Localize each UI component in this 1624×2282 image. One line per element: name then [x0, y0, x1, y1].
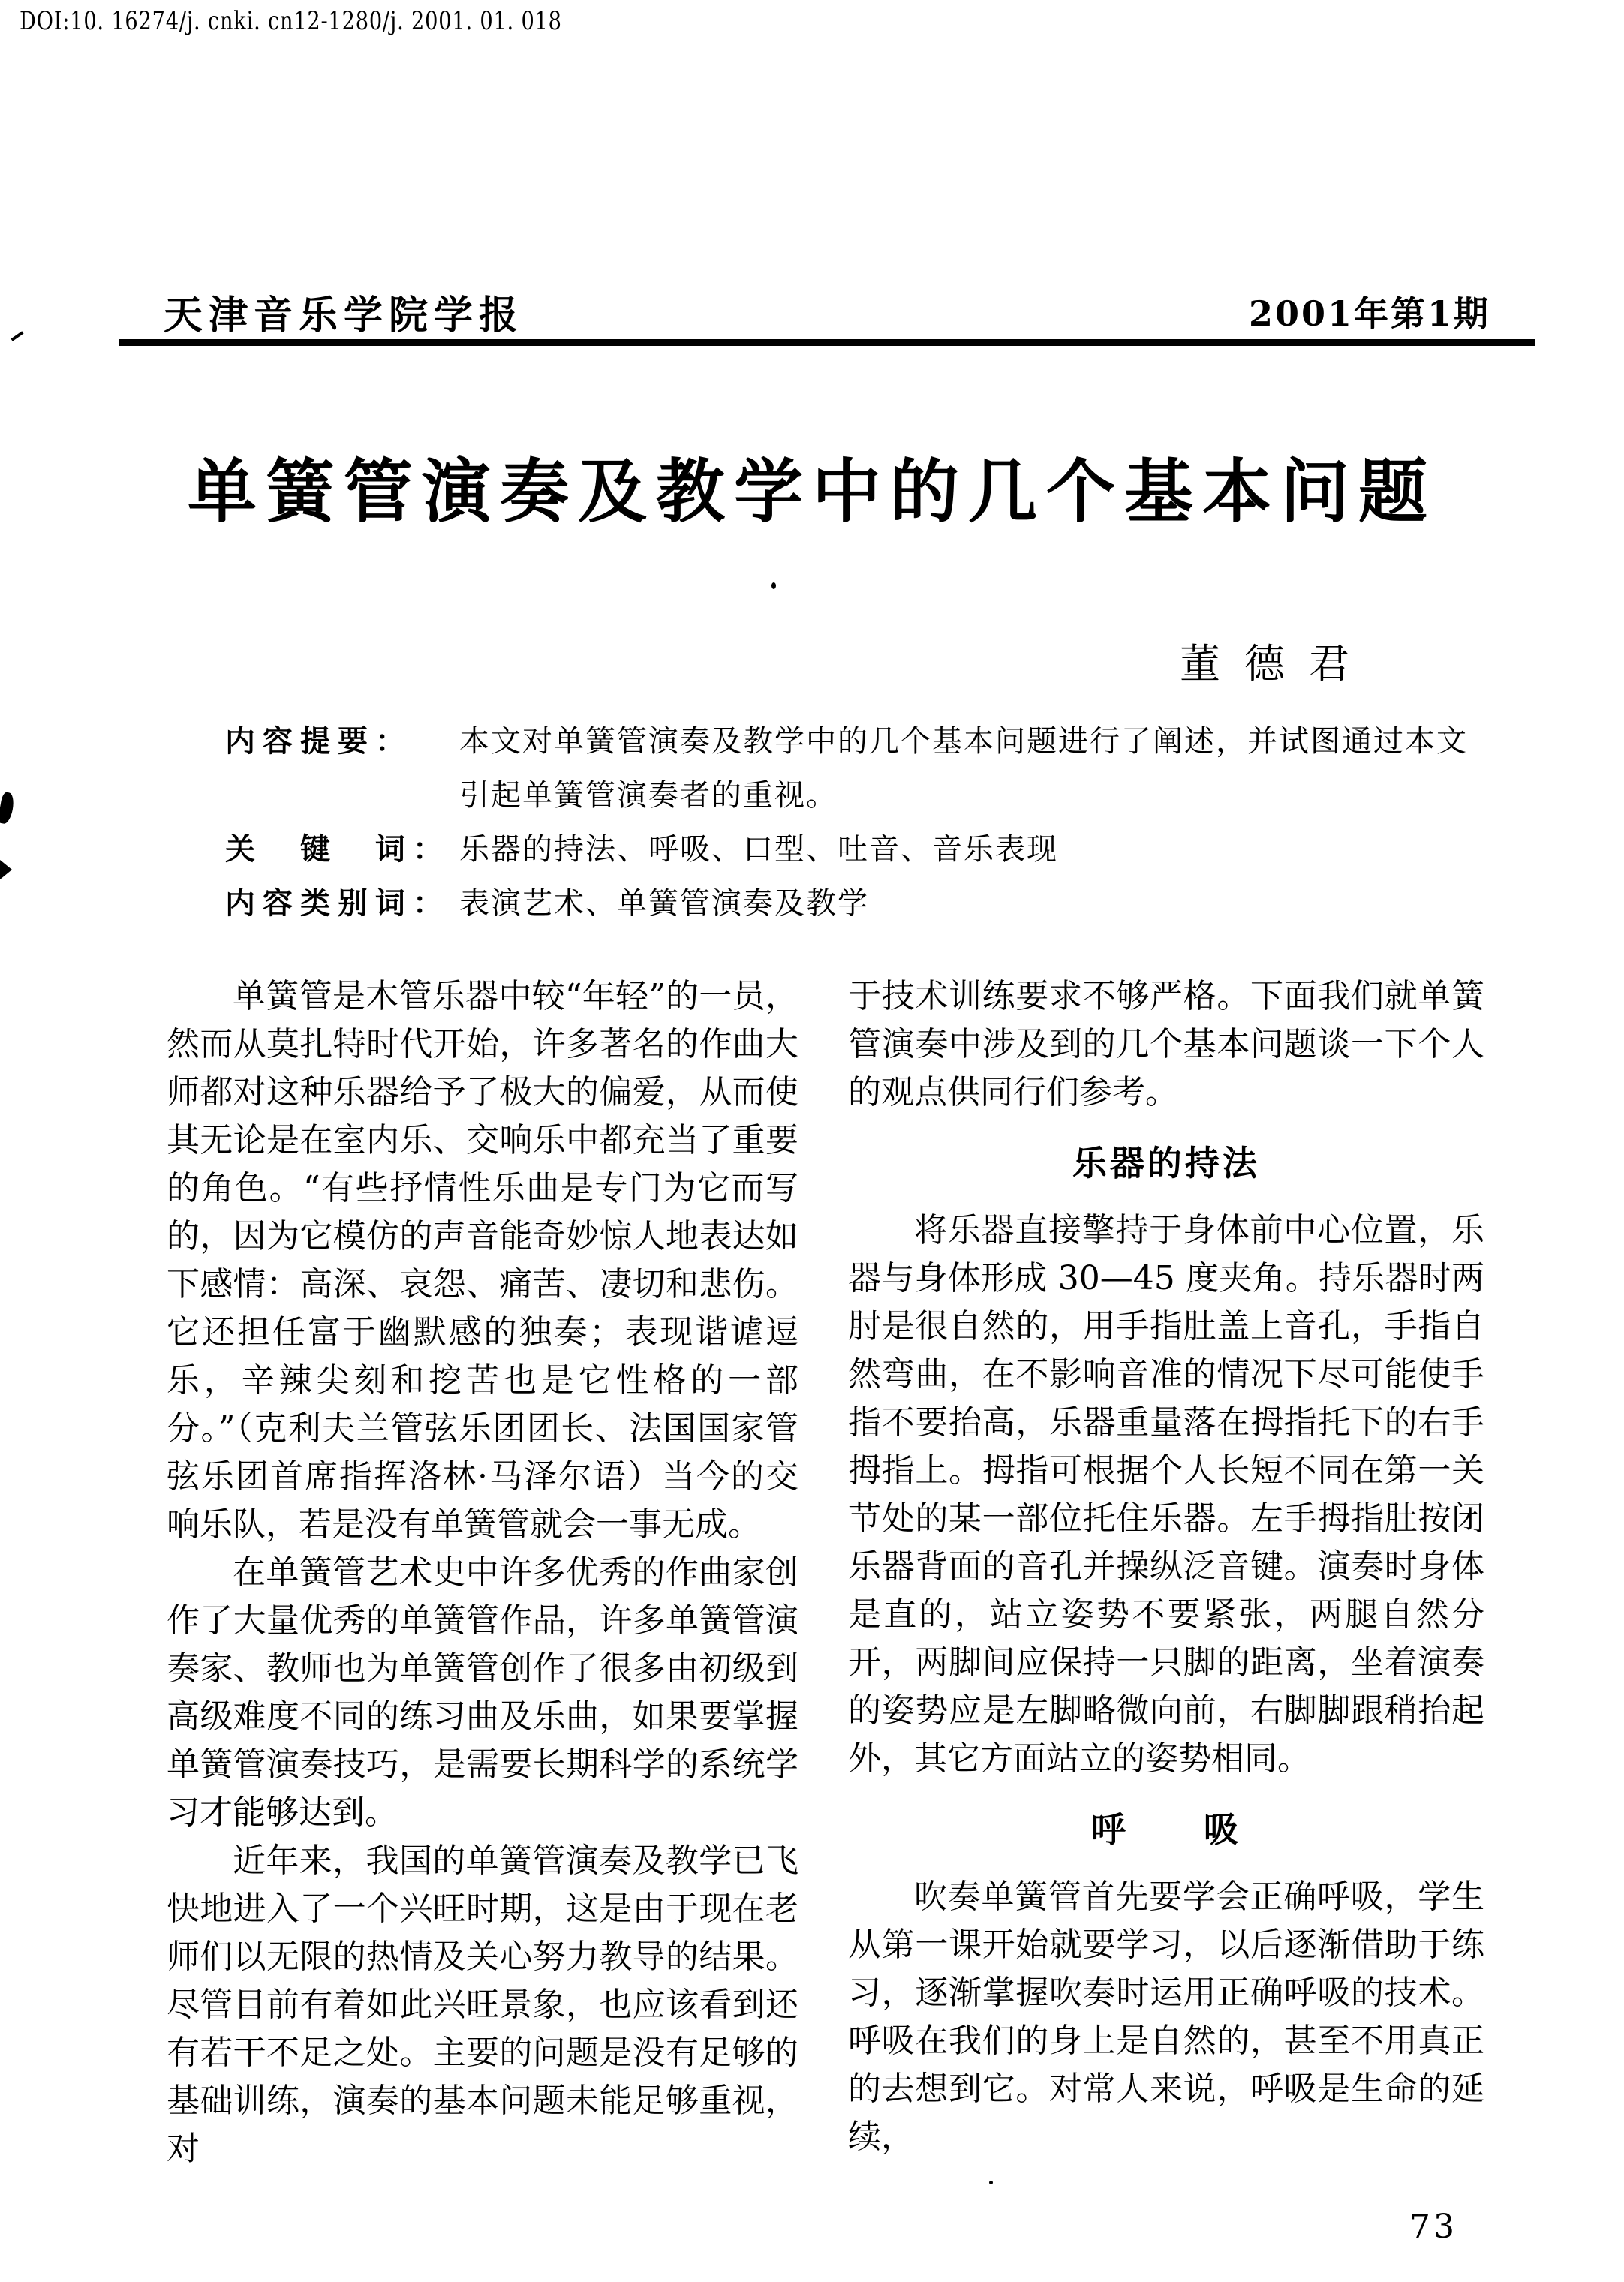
doi-line: DOI:10. 16274/j. cnki. cn12-1280/j. 2001… — [20, 6, 562, 36]
section-paragraph-instrument-hold: 将乐器直接擎持于身体前中心位置，乐器与身体形成 30—45 度夹角。持乐器时两肘… — [848, 1207, 1484, 1783]
left-paragraph-1: 单簧管是木管乐器中较“年轻”的一员，然而从莫扎特时代开始，许多著名的作曲大师都对… — [167, 973, 798, 1549]
article-title: 单簧管演奏及教学中的几个基本问题 — [0, 437, 1624, 536]
keywords-text: 乐器的持法、呼吸、口型、吐音、音乐表现 — [459, 832, 1058, 867]
left-paragraph-2: 在单簧管艺术史中许多优秀的作曲家创作了大量优秀的单簧管作品，许多单簧管演奏家、教… — [167, 1549, 798, 1837]
section-heading-breathing: 呼 吸 — [848, 1805, 1484, 1854]
abstract-summary-line1: 本文对单簧管演奏及教学中的几个基本问题进行了阐述，并试图通过本文 — [459, 724, 1468, 759]
keywords-label: 关 键 词： — [225, 822, 459, 876]
keywords-row: 关 键 词：乐器的持法、呼吸、口型、吐音、音乐表现 — [225, 822, 1516, 876]
section-paragraph-breathing: 吹奏单簧管首先要学会正确呼吸，学生从第一课开始就要学习，以后逐渐借助于练习，逐渐… — [848, 1873, 1484, 2161]
right-column: 于技术训练要求不够严格。下面我们就单簧管演奏中涉及到的几个基本问题谈一下个人的观… — [848, 973, 1484, 2161]
scan-artifact-dot-bottom — [989, 2181, 993, 2184]
scan-artifact-wedge — [0, 860, 12, 879]
section-heading-instrument-hold: 乐器的持法 — [848, 1139, 1484, 1187]
page-number: 73 — [1409, 2208, 1457, 2246]
scan-artifact-dot-under-title — [771, 582, 776, 589]
abstract-summary-line2: 引起单簧管演奏者的重视。 — [459, 778, 838, 813]
abstract-block: 内容提要：本文对单簧管演奏及教学中的几个基本问题进行了阐述，并试图通过本文 引起… — [225, 714, 1516, 931]
left-column: 单簧管是木管乐器中较“年轻”的一员，然而从莫扎特时代开始，许多著名的作曲大师都对… — [167, 973, 798, 2173]
journal-name: 天津音乐学院学报 — [164, 284, 524, 340]
right-paragraph-continuation: 于技术训练要求不够严格。下面我们就单簧管演奏中涉及到的几个基本问题谈一下个人的观… — [848, 973, 1484, 1117]
journal-page: DOI:10. 16274/j. cnki. cn12-1280/j. 2001… — [0, 0, 1624, 2282]
category-row: 内容类别词：表演艺术、单簧管演奏及教学 — [225, 876, 1516, 931]
abstract-summary-label: 内容提要： — [225, 714, 459, 768]
header-rule — [119, 339, 1535, 346]
category-text: 表演艺术、单簧管演奏及教学 — [459, 886, 869, 921]
author-name: 董德君 — [1180, 632, 1373, 690]
scan-artifact-dash — [11, 331, 23, 341]
scan-artifact-blob — [0, 792, 16, 825]
abstract-summary-row2: 引起单簧管演奏者的重视。 — [225, 768, 1516, 822]
category-label: 内容类别词： — [225, 876, 459, 931]
left-paragraph-3: 近年来，我国的单簧管演奏及教学已飞快地进入了一个兴旺时期，这是由于现在老师们以无… — [167, 1837, 798, 2173]
abstract-summary-row: 内容提要：本文对单簧管演奏及教学中的几个基本问题进行了阐述，并试图通过本文 — [225, 714, 1516, 768]
issue-label: 2001年第1期 — [1249, 287, 1490, 336]
